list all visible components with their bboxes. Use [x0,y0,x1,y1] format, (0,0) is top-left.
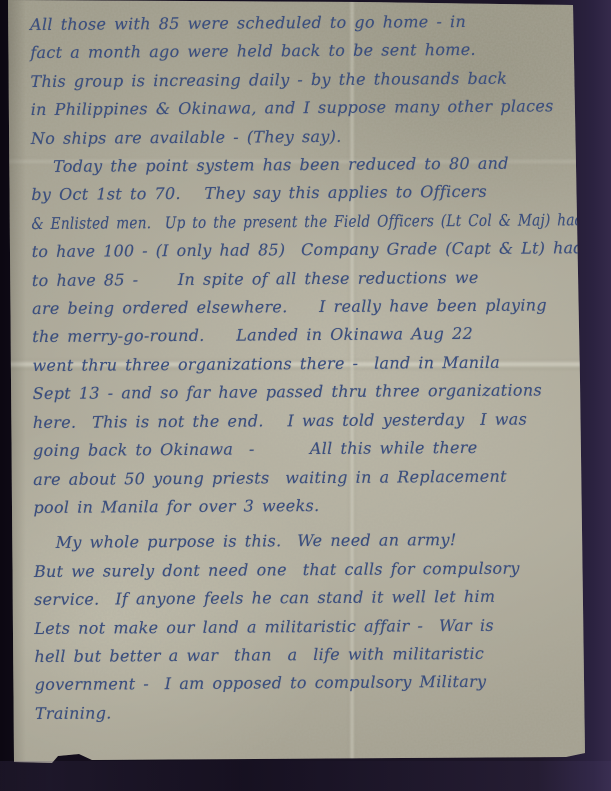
handwriting-line: are being ordered elsewhere. I really ha… [32,291,584,323]
handwriting-line: the merry-go-round. Landed in Okinawa Au… [32,320,584,352]
handwriting-line: All those with 85 were scheduled to go h… [30,7,582,39]
handwriting-line: in Philippines & Okinawa, and I suppose … [31,92,583,124]
handwriting-line: going back to Okinawa - All this while t… [33,433,585,465]
paragraph-1: All those with 85 were scheduled to go h… [30,7,583,153]
handwriting-line: by Oct 1st to 70. They say this applies … [31,178,583,210]
handwriting-line: service. If anyone feels he can stand it… [34,582,586,614]
handwriting-line: But we surely dont need one that calls f… [34,554,586,586]
handwriting-line: here. This is not the end. I was told ye… [33,405,585,437]
handwriting-line: pool in Manila for over 3 weeks. [33,490,585,522]
handwriting-line: Lets not make our land a militaristic af… [34,611,586,643]
paragraph-3: My whole purpose is this. We need an arm… [34,525,587,728]
handwriting-line: This group is increasing daily - by the … [30,64,582,96]
handwriting-line: went thru three organizations there - la… [32,348,584,380]
handwriting-line: Today the point system has been reduced … [31,149,583,181]
handwriting-line: hell but better a war than a life with m… [34,639,586,671]
letter-page: All those with 85 were scheduled to go h… [0,0,611,791]
letter-body: All those with 85 were scheduled to go h… [30,7,587,728]
handwriting-line: to have 100 - (I only had 85) Company Gr… [32,234,580,266]
handwriting-line: fact a month ago were held back to be se… [30,36,582,68]
handwriting-line: government - I am opposed to compulsory … [35,667,587,699]
handwriting-line: are about 50 young priests waiting in a … [33,462,585,494]
handwriting-line: & Enlisted men. Up to the present the Fi… [31,207,502,239]
handwriting-line: to have 85 - In spite of all these reduc… [32,263,584,295]
scan-background: All those with 85 were scheduled to go h… [0,0,611,791]
handwriting-line: Training. [35,696,587,728]
handwriting-line: My whole purpose is this. We need an arm… [34,525,586,557]
paragraph-2: Today the point system has been reduced … [31,149,586,522]
handwriting-line: Sept 13 - and so far have passed thru th… [33,376,585,408]
handwriting-line: No ships are available - (They say). [31,121,583,153]
